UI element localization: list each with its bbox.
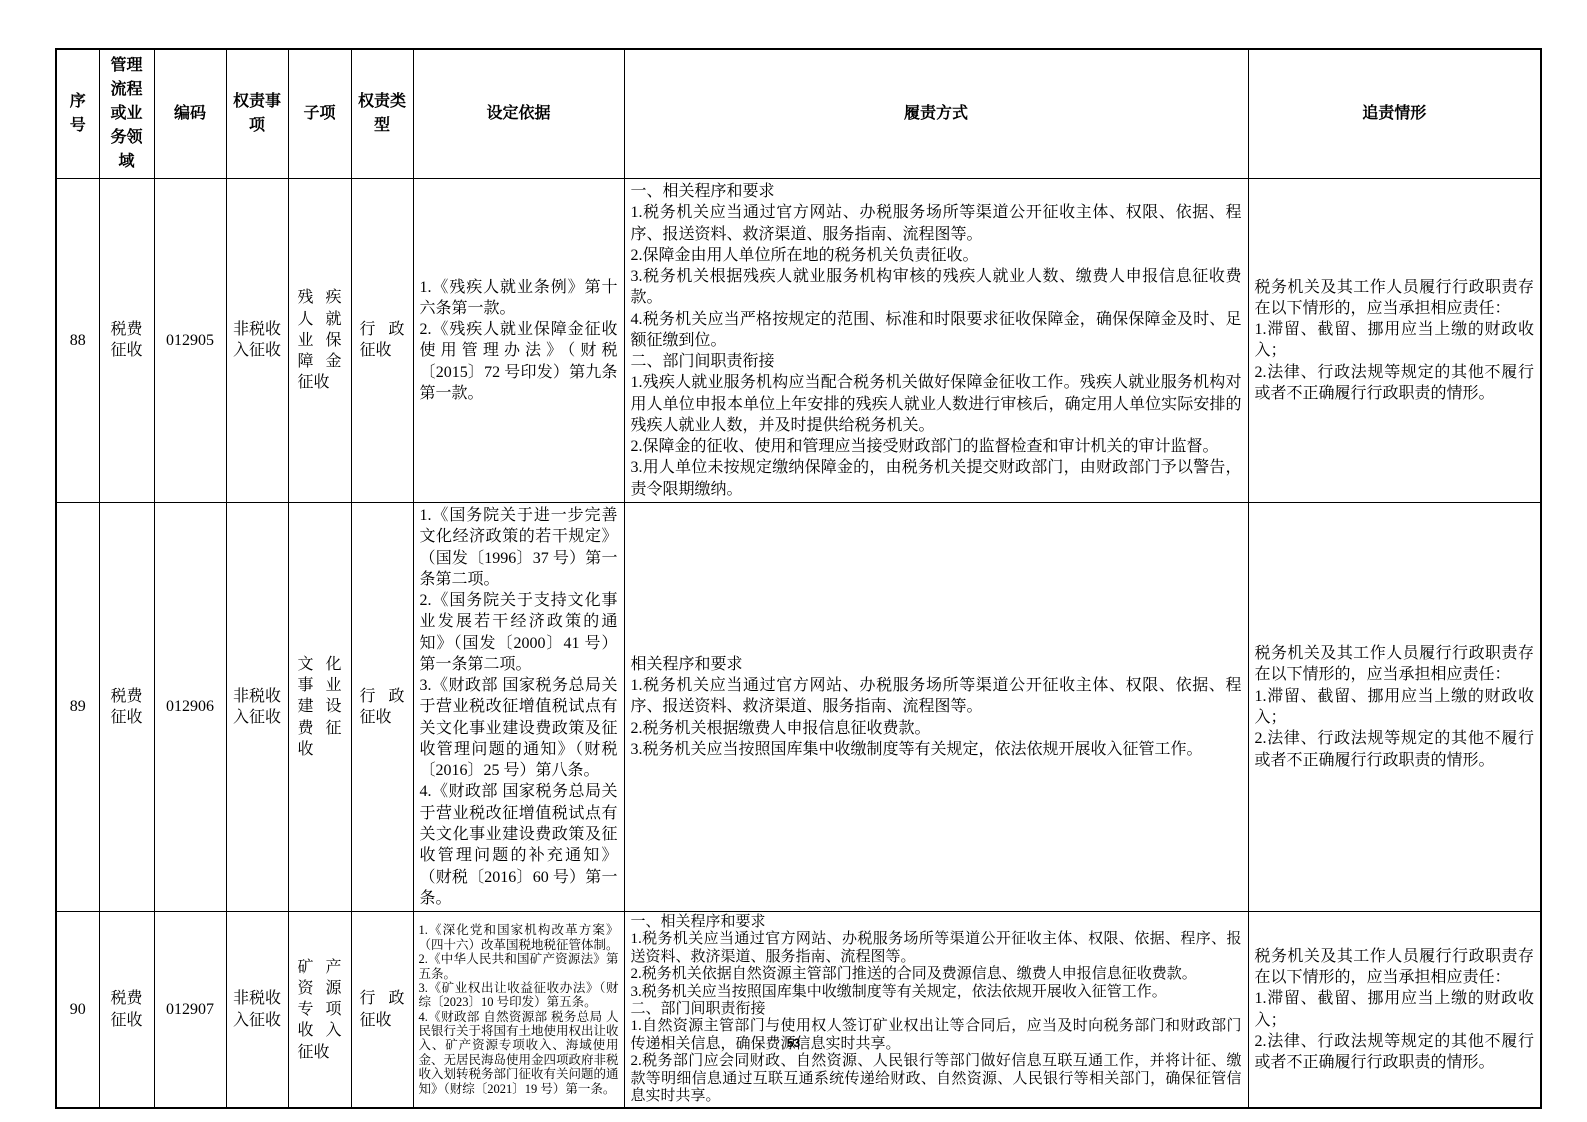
responsibility-table: 序号 管理流程或业务领域 编码 权责事项 子项 权责类型 设定依据 履责方式 追… bbox=[55, 48, 1542, 1109]
document-page: 序号 管理流程或业务领域 编码 权责事项 子项 权责类型 设定依据 履责方式 追… bbox=[0, 0, 1587, 1122]
cell-accountability: 税务机关及其工作人员履行行政职责存在以下情形的，应当承担相应责任： 1.滞留、截… bbox=[1248, 502, 1541, 911]
cell-domain: 税费征收 bbox=[99, 912, 154, 1109]
cell-accountability: 税务机关及其工作人员履行行政职责存在以下情形的，应当承担相应责任： 1.滞留、截… bbox=[1248, 912, 1541, 1109]
cell-method: 相关程序和要求 1.税务机关应当通过官方网站、办税服务场所等渠道公开征收主体、权… bbox=[624, 502, 1248, 911]
column-header-domain: 管理流程或业务领域 bbox=[99, 49, 154, 179]
cell-seq: 90 bbox=[56, 912, 99, 1109]
column-header-accountability: 追责情形 bbox=[1248, 49, 1541, 179]
cell-type: 行政征收 bbox=[351, 912, 413, 1109]
column-header-type: 权责类型 bbox=[351, 49, 413, 179]
cell-code: 012905 bbox=[154, 179, 226, 503]
column-header-subitem: 子项 bbox=[288, 49, 351, 179]
cell-item: 非税收入征收 bbox=[226, 502, 288, 911]
cell-seq: 89 bbox=[56, 502, 99, 911]
column-header-seq: 序号 bbox=[56, 49, 99, 179]
column-header-code: 编码 bbox=[154, 49, 226, 179]
cell-code: 012906 bbox=[154, 502, 226, 911]
cell-basis: 1.《深化党和国家机构改革方案》（四十六）改革国税地税征管体制。 2.《中华人民… bbox=[413, 912, 624, 1109]
table-row: 90 税费征收 012907 非税收入征收 矿产资源专项收入征收 行政征收 1.… bbox=[56, 912, 1541, 1109]
cell-subitem: 文化事业建设费征收 bbox=[288, 502, 351, 911]
cell-subitem: 残疾人就业保障金征收 bbox=[288, 179, 351, 503]
column-header-basis: 设定依据 bbox=[413, 49, 624, 179]
cell-code: 012907 bbox=[154, 912, 226, 1109]
table-row: 88 税费征收 012905 非税收入征收 残疾人就业保障金征收 行政征收 1.… bbox=[56, 179, 1541, 503]
page-number: 53 bbox=[0, 1036, 1587, 1050]
cell-subitem: 矿产资源专项收入征收 bbox=[288, 912, 351, 1109]
cell-seq: 88 bbox=[56, 179, 99, 503]
table-header-row: 序号 管理流程或业务领域 编码 权责事项 子项 权责类型 设定依据 履责方式 追… bbox=[56, 49, 1541, 179]
cell-accountability: 税务机关及其工作人员履行行政职责存在以下情形的，应当承担相应责任： 1.滞留、截… bbox=[1248, 179, 1541, 503]
cell-domain: 税费征收 bbox=[99, 179, 154, 503]
column-header-item: 权责事项 bbox=[226, 49, 288, 179]
column-header-method: 履责方式 bbox=[624, 49, 1248, 179]
cell-domain: 税费征收 bbox=[99, 502, 154, 911]
cell-type: 行政征收 bbox=[351, 179, 413, 503]
cell-item: 非税收入征收 bbox=[226, 912, 288, 1109]
cell-item: 非税收入征收 bbox=[226, 179, 288, 503]
cell-basis: 1.《残疾人就业条例》第十六条第一款。 2.《残疾人就业保障金征收使用管理办法》… bbox=[413, 179, 624, 503]
cell-method: 一、相关程序和要求 1.税务机关应当通过官方网站、办税服务场所等渠道公开征收主体… bbox=[624, 179, 1248, 503]
cell-method: 一、相关程序和要求 1.税务机关应当通过官方网站、办税服务场所等渠道公开征收主体… bbox=[624, 912, 1248, 1109]
table-row: 89 税费征收 012906 非税收入征收 文化事业建设费征收 行政征收 1.《… bbox=[56, 502, 1541, 911]
cell-basis: 1.《国务院关于进一步完善文化经济政策的若干规定》（国发〔1996〕37 号）第… bbox=[413, 502, 624, 911]
cell-type: 行政征收 bbox=[351, 502, 413, 911]
